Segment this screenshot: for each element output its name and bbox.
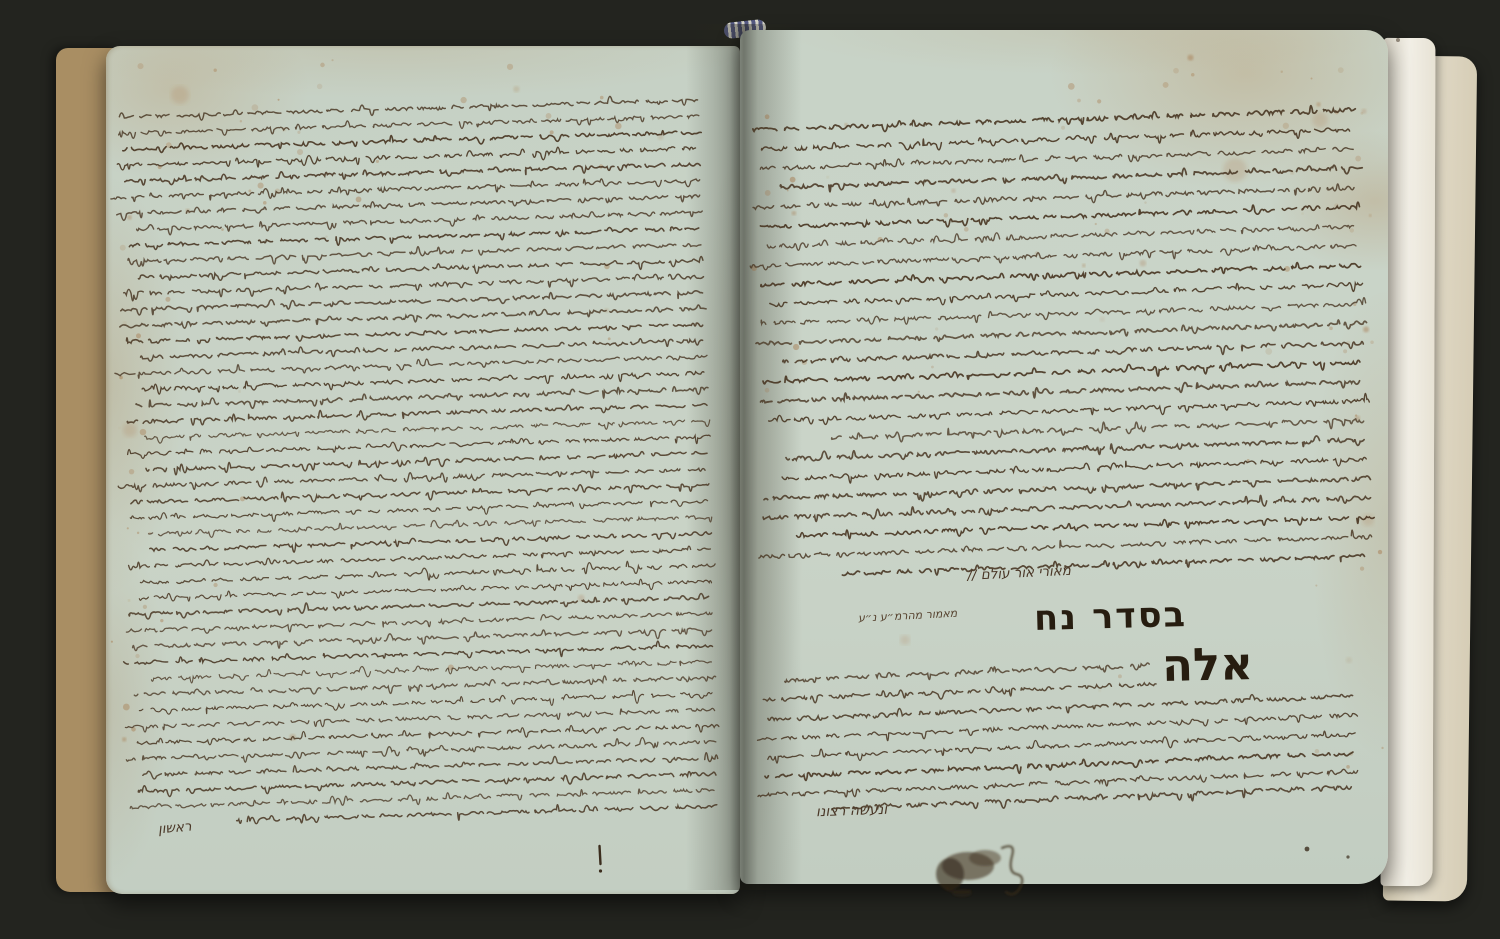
section-title: בסדר נח <box>1018 595 1204 640</box>
section-initial-word: אלה <box>1161 637 1253 692</box>
catchword: ראשון <box>157 819 192 838</box>
manuscript-photo: מאורי אור עולם // בסדר נח מאמור מהרמ״ע נ… <box>0 0 1500 939</box>
section-closing-words: ונעשה רצונו <box>816 802 888 820</box>
left-page <box>106 46 740 894</box>
under-leaf-white <box>1381 38 1436 886</box>
right-page <box>740 30 1388 884</box>
